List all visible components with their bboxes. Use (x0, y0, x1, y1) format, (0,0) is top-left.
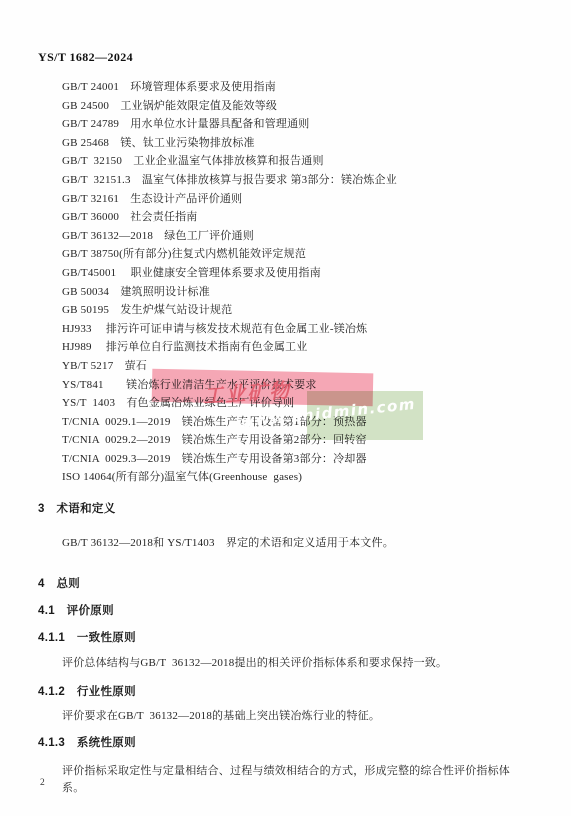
section-heading-systematic-principle: 4.1.3 系统性原则 (38, 734, 136, 750)
section-heading-general: 4 总则 (38, 575, 80, 591)
section-body-consistency-principle: 评价总体结构与GB/T 36132—2018提出的相关评价指标体系和要求保持一致… (62, 655, 532, 672)
section-body-systematic-principle: 评价指标采取定性与定量相结合、过程与绩效相结合的方式，形成完整的综合性评价指标体… (62, 763, 532, 797)
section-heading-evaluation-principles: 4.1 评价原则 (38, 602, 114, 618)
section-heading-industry-principle: 4.1.2 行业性原则 (38, 683, 136, 699)
reference-item: T/CNIA 0029.2—2019 镁冶炼生产专用设备第2部分：回转窑 (62, 431, 532, 450)
normative-references-list: GB/T 24001 环境管理体系要求及使用指南 GB 24500 工业锅炉能效… (62, 78, 532, 487)
reference-item: GB 50034 建筑照明设计标准 (62, 283, 532, 302)
reference-item: GB/T 32151.3 温室气体排放核算与报告要求 第3部分：镁冶炼企业 (62, 171, 532, 190)
reference-item: GB 24500 工业锅炉能效限定值及能效等级 (62, 97, 532, 116)
reference-item: GB/T 24789 用水单位水计量器具配备和管理通则 (62, 115, 532, 134)
reference-item: GB/T 32150 工业企业温室气体排放核算和报告通则 (62, 152, 532, 171)
reference-item: GB/T 32161 生态设计产品评价通则 (62, 190, 532, 209)
standard-code-header: YS/T 1682—2024 (38, 50, 133, 65)
watermark-brand-text: 工业矿物 (202, 374, 292, 409)
reference-item: GB 50195 发生炉煤气站设计规范 (62, 301, 532, 320)
reference-item: T/CNIA 0029.3—2019 镁冶炼生产专用设备第3部分：冷却器 (62, 450, 532, 469)
reference-item: GB 25468 镁、钛工业污染物排放标准 (62, 134, 532, 153)
reference-item: HJ933 排污许可证申请与核发技术规范有色金属工业-镁冶炼 (62, 320, 532, 339)
reference-item: GB/T45001 职业健康安全管理体系要求及使用指南 (62, 264, 532, 283)
section-body-industry-principle: 评价要求在GB/T 36132—2018的基础上突出镁冶炼行业的特征。 (62, 708, 532, 725)
reference-item: GB/T 24001 环境管理体系要求及使用指南 (62, 78, 532, 97)
reference-item: ISO 14064(所有部分)温室气体(Greenhouse gases) (62, 468, 532, 487)
section-body-terms-definitions: GB/T 36132—2018和 YS/T1403 界定的术语和定义适用于本文件… (62, 535, 532, 552)
reference-item: HJ989 排污单位自行监测技术指南有色金属工业 (62, 338, 532, 357)
section-heading-terms-definitions: 3 术语和定义 (38, 500, 116, 516)
reference-item: GB/T 38750(所有部分)往复式内燃机能效评定规范 (62, 245, 532, 264)
document-page: YS/T 1682—2024 GB/T 24001 环境管理体系要求及使用指南 … (0, 0, 571, 816)
reference-item: GB/T 36132—2018 绿色工厂评价通则 (62, 227, 532, 246)
section-heading-consistency-principle: 4.1.1 一致性原则 (38, 629, 136, 645)
page-number: 2 (40, 778, 45, 788)
reference-item: GB/T 36000 社会责任指南 (62, 208, 532, 227)
